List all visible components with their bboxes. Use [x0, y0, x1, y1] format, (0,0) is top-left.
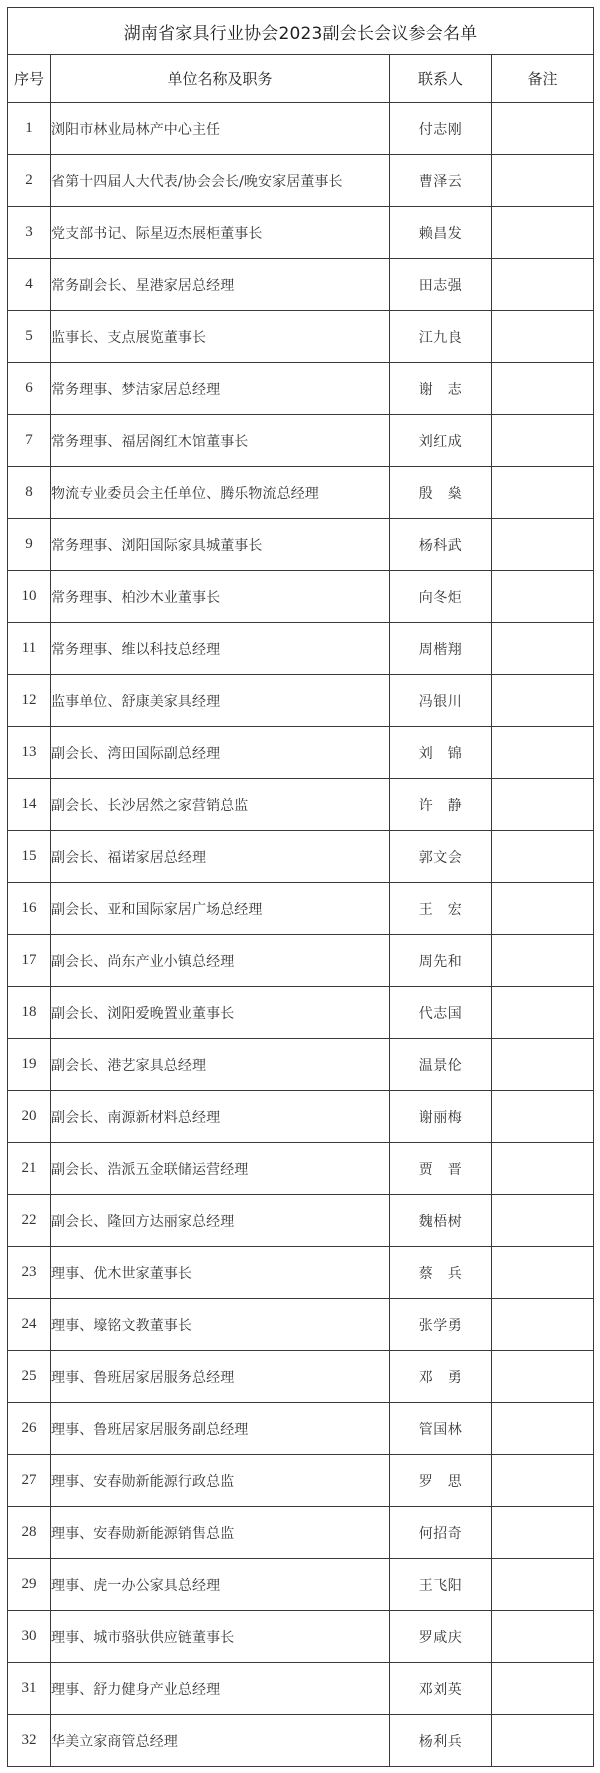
unit-and-position: 副会长、南源新材料总经理 [51, 1091, 390, 1143]
table-row: 24理事、壕铭文教董事长张学勇 [8, 1299, 594, 1351]
row-number: 16 [8, 883, 51, 935]
remark-cell [492, 1559, 594, 1611]
unit-and-position: 副会长、港艺家具总经理 [51, 1039, 390, 1091]
remark-cell [492, 935, 594, 987]
row-number: 12 [8, 675, 51, 727]
unit-and-position: 理事、安春勋新能源行政总监 [51, 1455, 390, 1507]
remark-cell [492, 623, 594, 675]
table-row: 32华美立家商管总经理杨利兵 [8, 1715, 594, 1767]
column-header-unit: 单位名称及职务 [51, 55, 390, 103]
unit-and-position: 理事、舒力健身产业总经理 [51, 1663, 390, 1715]
table-row: 20副会长、南源新材料总经理谢丽梅 [8, 1091, 594, 1143]
row-number: 1 [8, 103, 51, 155]
row-number: 32 [8, 1715, 51, 1767]
unit-and-position: 副会长、浏阳爱晚置业董事长 [51, 987, 390, 1039]
unit-and-position: 副会长、隆回方达丽家总经理 [51, 1195, 390, 1247]
contact-person: 邓 勇 [390, 1351, 492, 1403]
contact-person: 许 静 [390, 779, 492, 831]
remark-cell [492, 415, 594, 467]
row-number: 7 [8, 415, 51, 467]
remark-cell [492, 155, 594, 207]
remark-cell [492, 883, 594, 935]
row-number: 21 [8, 1143, 51, 1195]
row-number: 9 [8, 519, 51, 571]
remark-cell [492, 727, 594, 779]
row-number: 10 [8, 571, 51, 623]
contact-person: 刘红成 [390, 415, 492, 467]
row-number: 13 [8, 727, 51, 779]
unit-and-position: 常务理事、梦洁家居总经理 [51, 363, 390, 415]
row-number: 11 [8, 623, 51, 675]
unit-and-position: 副会长、长沙居然之家营销总监 [51, 779, 390, 831]
contact-person: 蔡 兵 [390, 1247, 492, 1299]
table-row: 1浏阳市林业局林产中心主任付志刚 [8, 103, 594, 155]
table-row: 23理事、优木世家董事长蔡 兵 [8, 1247, 594, 1299]
remark-cell [492, 259, 594, 311]
remark-cell [492, 1091, 594, 1143]
title-row: 湖南省家具行业协会2023副会长会议参会名单 [8, 8, 594, 55]
table-row: 3党支部书记、际星迈杰展柜董事长赖昌发 [8, 207, 594, 259]
remark-cell [492, 363, 594, 415]
column-header-no: 序号 [8, 55, 51, 103]
remark-cell [492, 1039, 594, 1091]
unit-and-position: 副会长、亚和国际家居广场总经理 [51, 883, 390, 935]
contact-person: 罗咸庆 [390, 1611, 492, 1663]
contact-person: 冯银川 [390, 675, 492, 727]
contact-person: 曹泽云 [390, 155, 492, 207]
remark-cell [492, 311, 594, 363]
unit-and-position: 常务理事、维以科技总经理 [51, 623, 390, 675]
table-row: 19副会长、港艺家具总经理温景伦 [8, 1039, 594, 1091]
table-row: 16副会长、亚和国际家居广场总经理王 宏 [8, 883, 594, 935]
row-number: 17 [8, 935, 51, 987]
remark-cell [492, 987, 594, 1039]
contact-person: 向冬炬 [390, 571, 492, 623]
table-row: 12监事单位、舒康美家具经理冯银川 [8, 675, 594, 727]
contact-person: 王飞阳 [390, 1559, 492, 1611]
contact-person: 罗 思 [390, 1455, 492, 1507]
unit-and-position: 理事、虎一办公家具总经理 [51, 1559, 390, 1611]
remark-cell [492, 1611, 594, 1663]
table-row: 5监事长、支点展览董事长江九良 [8, 311, 594, 363]
contact-person: 江九良 [390, 311, 492, 363]
attendee-table: 湖南省家具行业协会2023副会长会议参会名单 序号 单位名称及职务 联系人 备注… [7, 7, 594, 1767]
remark-cell [492, 1403, 594, 1455]
contact-person: 魏梧树 [390, 1195, 492, 1247]
table-row: 6常务理事、梦洁家居总经理谢 志 [8, 363, 594, 415]
row-number: 2 [8, 155, 51, 207]
remark-cell [492, 1455, 594, 1507]
remark-cell [492, 207, 594, 259]
contact-person: 何招奇 [390, 1507, 492, 1559]
table-row: 28理事、安春勋新能源销售总监何招奇 [8, 1507, 594, 1559]
contact-person: 刘 锦 [390, 727, 492, 779]
column-header-remark: 备注 [492, 55, 594, 103]
contact-person: 郭文会 [390, 831, 492, 883]
unit-and-position: 党支部书记、际星迈杰展柜董事长 [51, 207, 390, 259]
remark-cell [492, 831, 594, 883]
remark-cell [492, 467, 594, 519]
row-number: 14 [8, 779, 51, 831]
contact-person: 温景伦 [390, 1039, 492, 1091]
unit-and-position: 副会长、湾田国际副总经理 [51, 727, 390, 779]
contact-person: 张学勇 [390, 1299, 492, 1351]
contact-person: 谢丽梅 [390, 1091, 492, 1143]
table-row: 25理事、鲁班居家居服务总经理邓 勇 [8, 1351, 594, 1403]
contact-person: 周先和 [390, 935, 492, 987]
row-number: 24 [8, 1299, 51, 1351]
table-row: 10常务理事、柏沙木业董事长向冬炬 [8, 571, 594, 623]
contact-person: 杨利兵 [390, 1715, 492, 1767]
unit-and-position: 华美立家商管总经理 [51, 1715, 390, 1767]
remark-cell [492, 1507, 594, 1559]
unit-and-position: 副会长、浩派五金联储运营经理 [51, 1143, 390, 1195]
row-number: 31 [8, 1663, 51, 1715]
attendee-list-sheet: 湖南省家具行业协会2023副会长会议参会名单 序号 单位名称及职务 联系人 备注… [7, 7, 593, 1765]
row-number: 22 [8, 1195, 51, 1247]
contact-person: 付志刚 [390, 103, 492, 155]
row-number: 25 [8, 1351, 51, 1403]
remark-cell [492, 1195, 594, 1247]
row-number: 28 [8, 1507, 51, 1559]
remark-cell [492, 103, 594, 155]
contact-person: 谢 志 [390, 363, 492, 415]
table-row: 21副会长、浩派五金联储运营经理贾 晋 [8, 1143, 594, 1195]
unit-and-position: 浏阳市林业局林产中心主任 [51, 103, 390, 155]
contact-person: 王 宏 [390, 883, 492, 935]
table-row: 26理事、鲁班居家居服务副总经理管国林 [8, 1403, 594, 1455]
table-row: 13副会长、湾田国际副总经理刘 锦 [8, 727, 594, 779]
contact-person: 代志国 [390, 987, 492, 1039]
remark-cell [492, 1299, 594, 1351]
table-row: 11常务理事、维以科技总经理周楷翔 [8, 623, 594, 675]
table-row: 8物流专业委员会主任单位、腾乐物流总经理殷 燊 [8, 467, 594, 519]
row-number: 5 [8, 311, 51, 363]
row-number: 29 [8, 1559, 51, 1611]
row-number: 20 [8, 1091, 51, 1143]
row-number: 4 [8, 259, 51, 311]
table-row: 22副会长、隆回方达丽家总经理魏梧树 [8, 1195, 594, 1247]
contact-person: 邓刘英 [390, 1663, 492, 1715]
column-header-contact: 联系人 [390, 55, 492, 103]
table-row: 7常务理事、福居阁红木馆董事长刘红成 [8, 415, 594, 467]
table-row: 31理事、舒力健身产业总经理邓刘英 [8, 1663, 594, 1715]
remark-cell [492, 571, 594, 623]
attendee-table-body: 1浏阳市林业局林产中心主任付志刚2省第十四届人大代表/协会会长/晚安家居董事长曹… [8, 103, 594, 1767]
contact-person: 田志强 [390, 259, 492, 311]
row-number: 19 [8, 1039, 51, 1091]
table-row: 15副会长、福诺家居总经理郭文会 [8, 831, 594, 883]
unit-and-position: 省第十四届人大代表/协会会长/晚安家居董事长 [51, 155, 390, 207]
row-number: 30 [8, 1611, 51, 1663]
unit-and-position: 常务理事、柏沙木业董事长 [51, 571, 390, 623]
row-number: 26 [8, 1403, 51, 1455]
unit-and-position: 理事、鲁班居家居服务副总经理 [51, 1403, 390, 1455]
unit-and-position: 监事单位、舒康美家具经理 [51, 675, 390, 727]
table-row: 29理事、虎一办公家具总经理王飞阳 [8, 1559, 594, 1611]
unit-and-position: 理事、鲁班居家居服务总经理 [51, 1351, 390, 1403]
remark-cell [492, 1247, 594, 1299]
table-row: 30理事、城市骆驮供应链董事长罗咸庆 [8, 1611, 594, 1663]
unit-and-position: 理事、壕铭文教董事长 [51, 1299, 390, 1351]
row-number: 23 [8, 1247, 51, 1299]
contact-person: 管国林 [390, 1403, 492, 1455]
remark-cell [492, 519, 594, 571]
row-number: 15 [8, 831, 51, 883]
contact-person: 赖昌发 [390, 207, 492, 259]
unit-and-position: 常务副会长、星港家居总经理 [51, 259, 390, 311]
unit-and-position: 理事、城市骆驮供应链董事长 [51, 1611, 390, 1663]
table-row: 17副会长、尚东产业小镇总经理周先和 [8, 935, 594, 987]
remark-cell [492, 1351, 594, 1403]
table-row: 9常务理事、浏阳国际家具城董事长杨科武 [8, 519, 594, 571]
header-row: 序号 单位名称及职务 联系人 备注 [8, 55, 594, 103]
table-row: 18副会长、浏阳爱晚置业董事长代志国 [8, 987, 594, 1039]
unit-and-position: 常务理事、福居阁红木馆董事长 [51, 415, 390, 467]
unit-and-position: 副会长、福诺家居总经理 [51, 831, 390, 883]
unit-and-position: 理事、安春勋新能源销售总监 [51, 1507, 390, 1559]
row-number: 18 [8, 987, 51, 1039]
remark-cell [492, 675, 594, 727]
table-row: 14副会长、长沙居然之家营销总监许 静 [8, 779, 594, 831]
row-number: 3 [8, 207, 51, 259]
remark-cell [492, 779, 594, 831]
unit-and-position: 物流专业委员会主任单位、腾乐物流总经理 [51, 467, 390, 519]
unit-and-position: 监事长、支点展览董事长 [51, 311, 390, 363]
row-number: 6 [8, 363, 51, 415]
table-row: 4常务副会长、星港家居总经理田志强 [8, 259, 594, 311]
remark-cell [492, 1715, 594, 1767]
unit-and-position: 常务理事、浏阳国际家具城董事长 [51, 519, 390, 571]
unit-and-position: 副会长、尚东产业小镇总经理 [51, 935, 390, 987]
remark-cell [492, 1663, 594, 1715]
table-row: 27理事、安春勋新能源行政总监罗 思 [8, 1455, 594, 1507]
document-title: 湖南省家具行业协会2023副会长会议参会名单 [8, 8, 594, 55]
remark-cell [492, 1143, 594, 1195]
contact-person: 殷 燊 [390, 467, 492, 519]
row-number: 27 [8, 1455, 51, 1507]
contact-person: 周楷翔 [390, 623, 492, 675]
contact-person: 杨科武 [390, 519, 492, 571]
row-number: 8 [8, 467, 51, 519]
unit-and-position: 理事、优木世家董事长 [51, 1247, 390, 1299]
contact-person: 贾 晋 [390, 1143, 492, 1195]
table-row: 2省第十四届人大代表/协会会长/晚安家居董事长曹泽云 [8, 155, 594, 207]
